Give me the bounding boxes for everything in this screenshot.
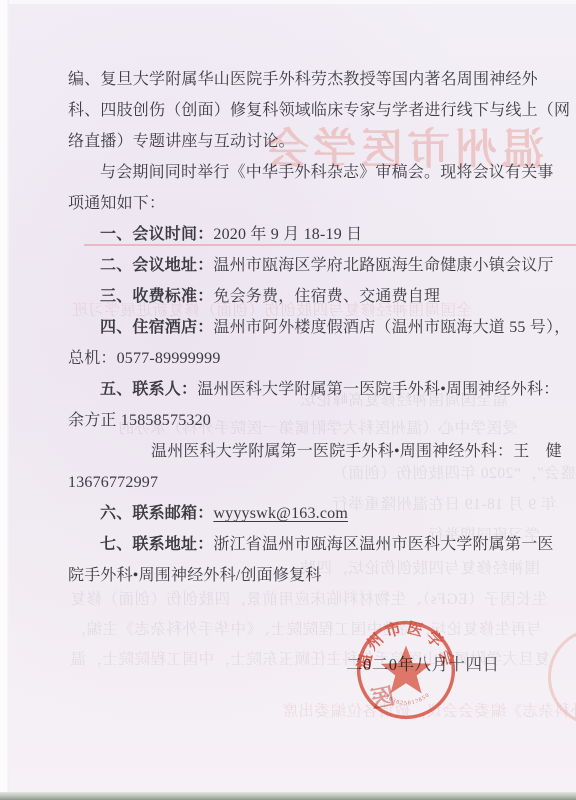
text-line: 科、四肢创伤（创面）修复科领域临床专家与学者进行线下与线上（网	[68, 95, 546, 126]
text-line: 项通知如下：	[68, 188, 546, 219]
text-line: 络直播）专题讲座与互动讨论。	[68, 126, 546, 157]
text-line: 编、复旦大学附属华山医院手外科劳杰教授等国内著名周围神经外	[68, 64, 546, 95]
text-segment: 13676772997	[68, 474, 158, 491]
text-segment: 七、联系地址：	[100, 536, 213, 553]
text-segment: 络直播）专题讲座与互动讨论。	[68, 133, 295, 150]
text-segment: 温州市阿外楼度假酒店（温州市瓯海大道 55 号），	[213, 319, 570, 336]
text-line: 总机：0577-89999999	[68, 343, 546, 374]
text-line: 院手外科•周围神经外科/创面修复科	[68, 560, 546, 591]
text-segment: 院手外科•周围神经外科/创面修复科	[68, 567, 321, 584]
text-line: 五、联系人：温州医科大学附属第一医院手外科•周围神经外科：	[68, 374, 546, 405]
text-segment: 浙江省温州市瓯海区温州市医科大学附属第一医	[213, 536, 553, 553]
text-segment: 余方正 15858575320	[68, 412, 211, 429]
text-segment: 一、会议时间：	[100, 226, 213, 243]
text-segment: 2020 年 9 月 18-19 日	[213, 226, 362, 243]
bleedthrough-line: 与再生修复论坛，特邀中国工程院院士、《中华手外科杂志》主编，	[70, 617, 542, 639]
text-line: 七、联系地址：浙江省温州市瓯海区温州市医科大学附属第一医	[68, 529, 546, 560]
page-edge-top	[0, 0, 576, 4]
text-segment: 免会务费，住宿费、交通费自理	[213, 288, 440, 305]
text-segment: 项通知如下：	[68, 195, 165, 212]
document-body: 编、复旦大学附属华山医院手外科劳杰教授等国内著名周围神经外科、四肢创伤（创面）修…	[68, 64, 546, 591]
text-segment: 五、联系人：	[100, 381, 197, 398]
text-line: 温州医科大学附属第一医院手外科•周围神经外科：王 健	[68, 436, 546, 467]
scanned-document-page: 温州市医学会 全国周围神经修复与四肢创伤（创面）修复新进展学习班届全国周围神经修…	[0, 0, 576, 800]
text-line: 三、收费标准：免会务费，住宿费、交通费自理	[68, 281, 546, 312]
page-edge-bottom	[0, 792, 576, 800]
text-segment: 总机：0577-89999999	[68, 350, 221, 367]
text-segment: 三、收费标准：	[100, 288, 213, 305]
text-line: 六、联系邮箱：wyyyswk@163.com	[68, 498, 546, 529]
text-segment: 温州医科大学附属第一医院手外科•周围神经外科：	[197, 381, 559, 398]
page-edge-left	[0, 0, 9, 800]
text-segment: 四、住宿酒店：	[100, 319, 213, 336]
text-segment: 温州医科大学附属第一医院手外科•周围神经外科：王 健	[151, 443, 562, 460]
text-segment: 编、复旦大学附属华山医院手外科劳杰教授等国内著名周围神经外	[68, 71, 538, 88]
bleedthrough-seal-ring	[548, 628, 576, 726]
official-seal-stamp: 温州市医学会 3303025017850	[354, 615, 458, 725]
text-segment: 科、四肢创伤（创面）修复科领域临床专家与学者进行线下与线上（网	[68, 102, 570, 119]
text-line: 与会期间同时举行《中华手外科杂志》审稿会。现将会议有关事	[68, 157, 546, 188]
text-line: 13676772997	[68, 467, 546, 498]
email-text: wyyyswk@163.com	[213, 505, 348, 522]
text-line: 二、会议地址：温州市瓯海区学府北路瓯海生命健康小镇会议厅	[68, 250, 546, 281]
text-segment: 六、联系邮箱：	[100, 505, 213, 522]
text-line: 一、会议时间：2020 年 9 月 18-19 日	[68, 219, 546, 250]
text-line: 四、住宿酒店：温州市阿外楼度假酒店（温州市瓯海大道 55 号），	[68, 312, 546, 343]
text-segment: 二、会议地址：	[100, 257, 213, 274]
text-line: 余方正 15858575320	[68, 405, 546, 436]
text-segment: 与会期间同时举行《中华手外科杂志》审稿会。现将会议有关事	[100, 164, 554, 181]
text-segment: 温州市瓯海区学府北路瓯海生命健康小镇会议厅	[213, 257, 553, 274]
